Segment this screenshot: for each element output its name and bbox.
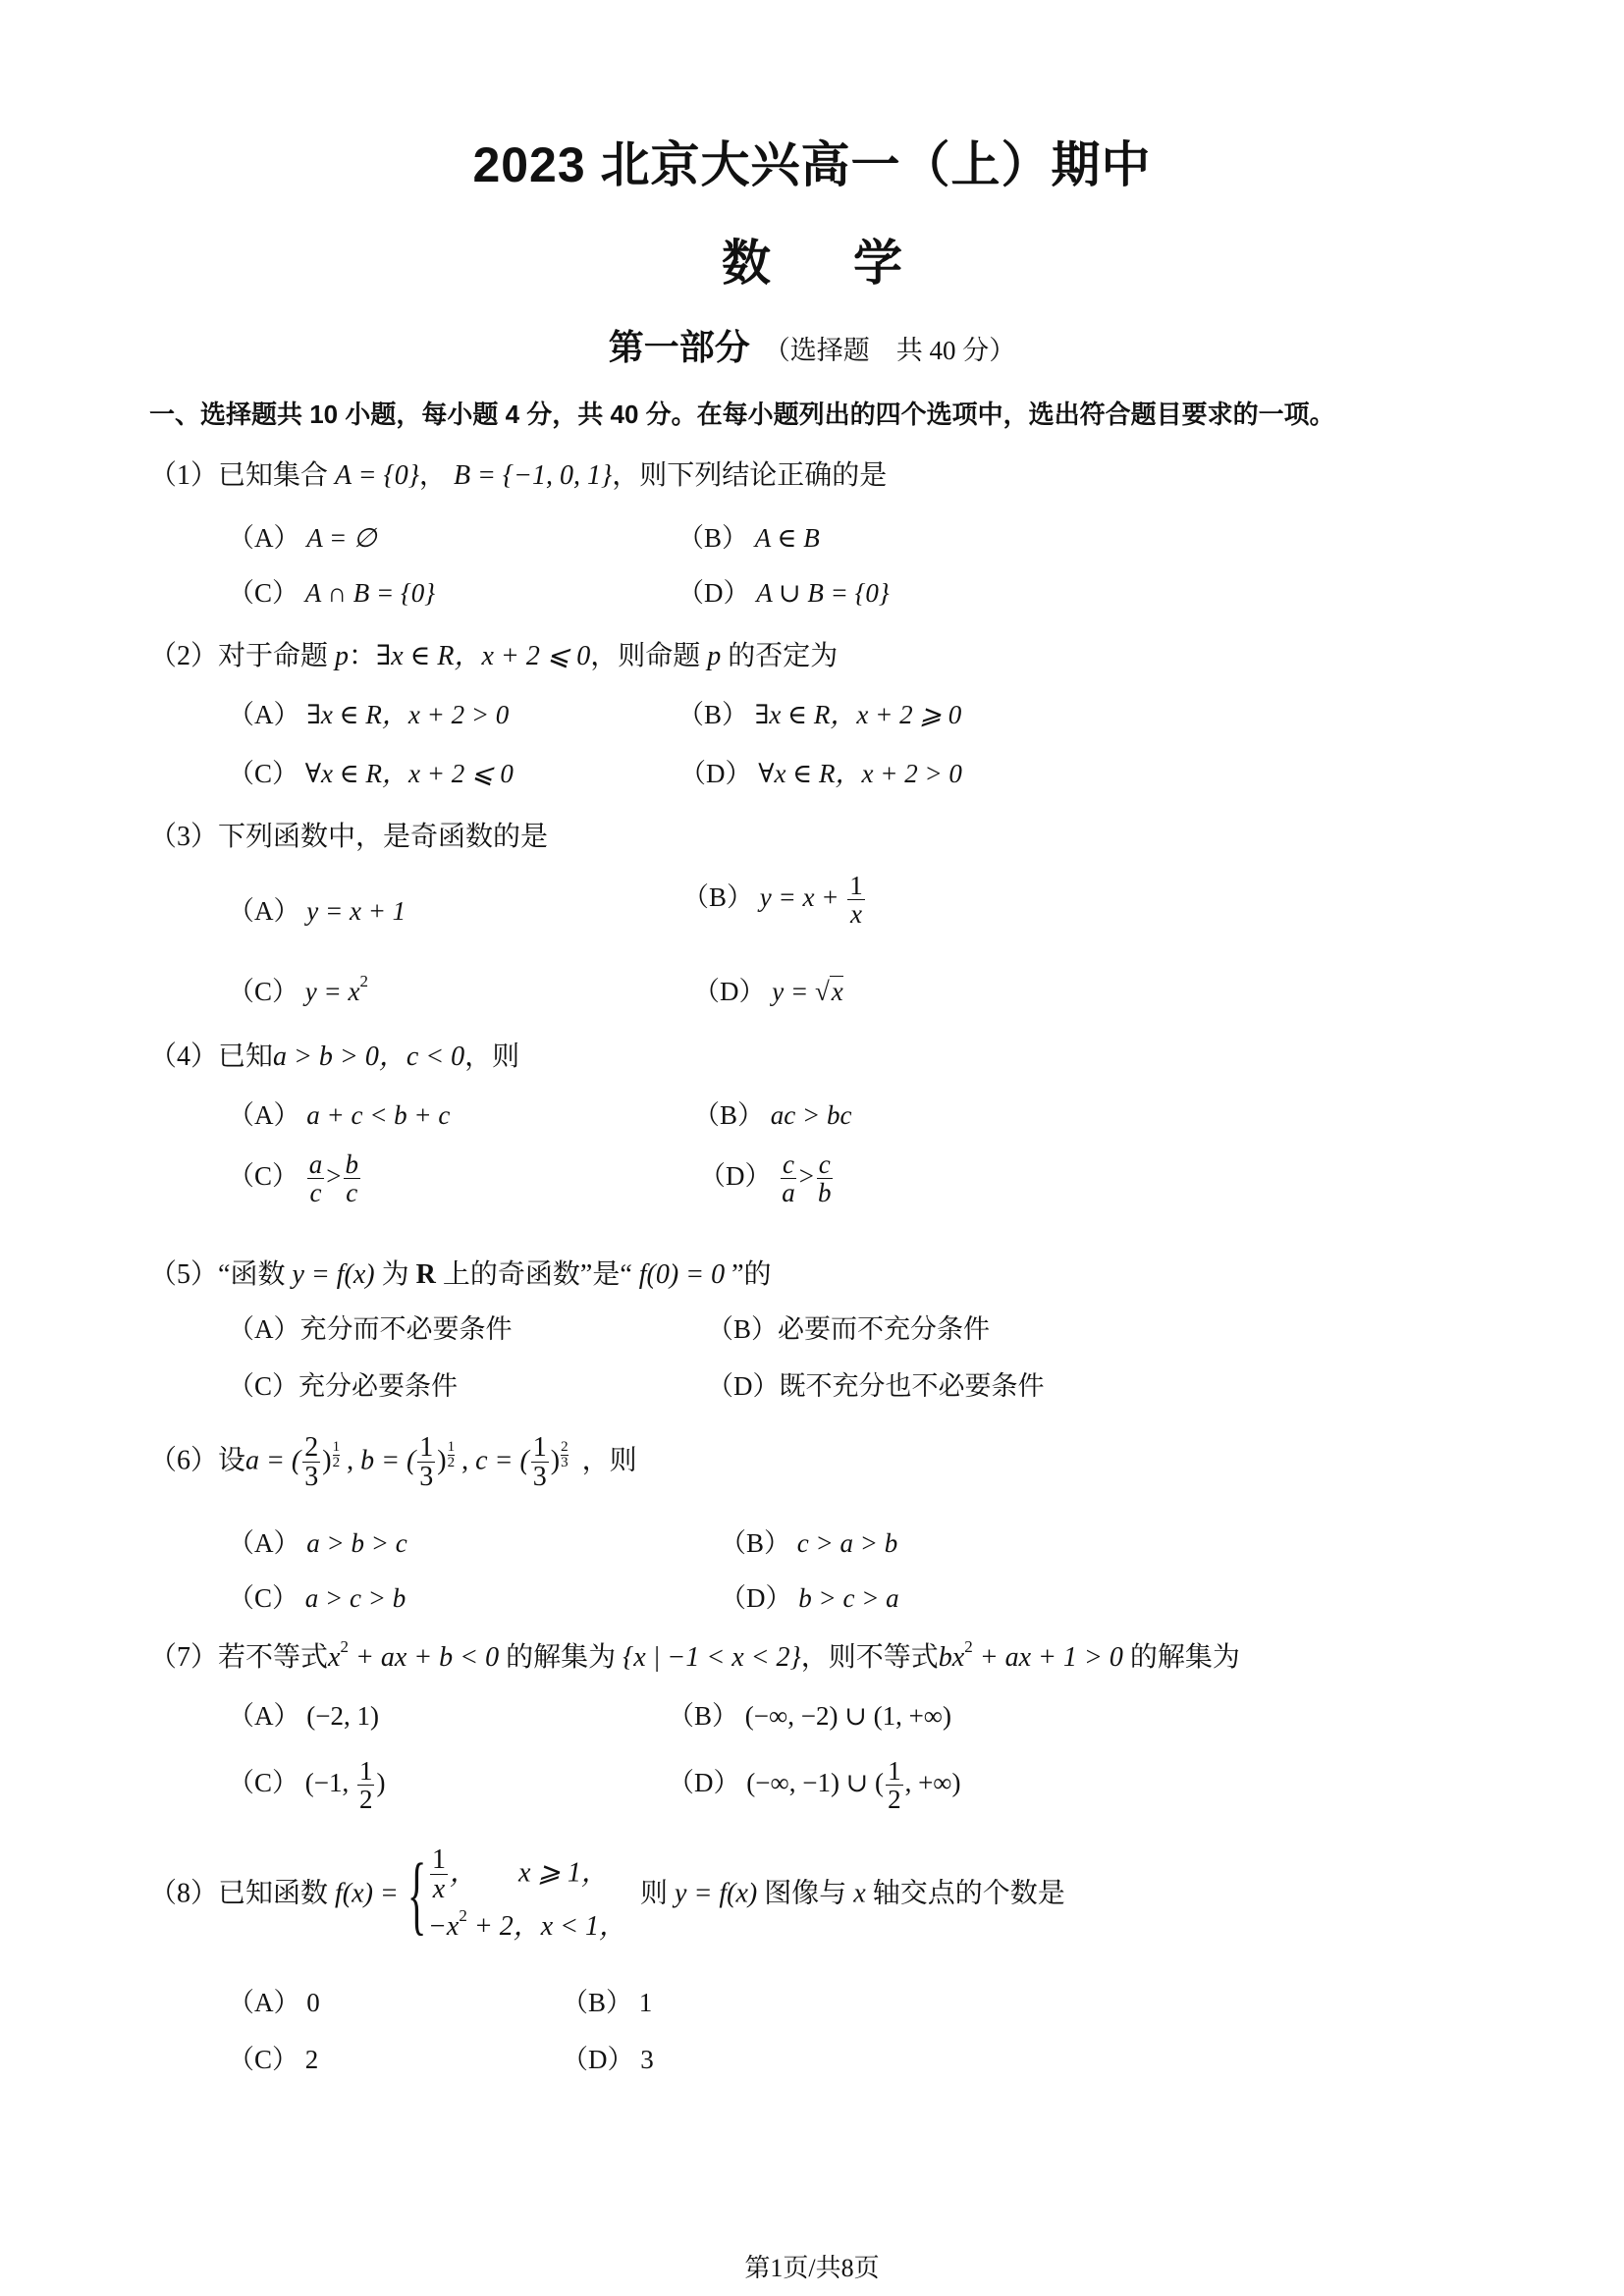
stem-text: 的否定为 [721,641,838,671]
exponent: 2 [340,1637,349,1656]
option-label: （B） [562,1988,632,2017]
part-heading: 第一部分（选择题 共 40 分） [0,320,1624,370]
option-label: （D） [720,1583,792,1613]
option-text: (−∞, −1) ∪ ( [746,1768,884,1797]
option-text: (−2, 1) [306,1701,379,1731]
question-2-option-c[interactable]: （C） ∀x ∈ R，x + 2 ⩽ 0 [228,752,514,790]
question-4-stem: （4）已知a > b > 0，c < 0，则 [149,1035,519,1074]
math-expr: B = {−1, 0, 1} [454,460,612,491]
question-8-stem: （8）已知函数 f(x) = {1x， x ⩾ 1，−x2 + 2，x < 1，… [149,1845,1065,1946]
option-label: （B） [707,1314,778,1344]
fraction-denominator: b [816,1179,834,1206]
exponent-denominator: 3 [561,1456,568,1470]
option-text: y = [772,977,815,1006]
fraction-numerator: 2 [302,1433,320,1463]
question-4-option-a[interactable]: （A） a + c < b + c [228,1094,450,1132]
option-label: （C） [228,1161,298,1191]
option-text: y = x + 1 [306,896,406,926]
fraction-numerator: c [817,1150,833,1179]
math-expr: −x [428,1911,459,1942]
stem-text: 的解集为 [499,1642,623,1673]
question-number: （8） [149,1878,218,1908]
option-text: A ∩ B = {0} [305,578,435,608]
fraction-denominator: 3 [417,1463,435,1491]
option-text: a + c < b + c [306,1100,450,1130]
fraction-numerator: 1 [847,872,865,900]
math-expr: ∃x ∈ R，x + 2 ⩽ 0 [376,641,590,671]
question-2-option-a[interactable]: （A） ∃x ∈ R，x + 2 > 0 [228,693,509,731]
option-text: ∃x ∈ R，x + 2 > 0 [306,700,509,729]
option-label: （D） [562,2045,634,2074]
option-text: 2 [305,2045,319,2074]
question-number: （6） [149,1445,218,1475]
math-var: p [707,641,721,671]
section-instructions: 一、选择题共 10 小题，每小题 4 分，共 40 分。在每小题列出的四个选项中… [149,395,1335,431]
fraction-denominator: x [848,900,864,928]
option-label: （D） [679,759,752,788]
real-numbers-symbol: R [416,1259,436,1290]
stem-text: ”的 [725,1259,771,1290]
question-6-option-d[interactable]: （D） b > c > a [720,1576,899,1615]
math-var: b = ( [360,1445,415,1475]
piece-condition: ， x ⩾ 1， [450,1857,609,1888]
option-label: （A） [228,896,300,926]
question-6-stem: （6）设a = (23)12 , b = (13)12 , c = (13)23… [149,1433,637,1492]
question-2-stem: （2）对于命题 p：∃x ∈ R，x + 2 ⩽ 0，则命题 p 的否定为 [149,634,838,673]
fraction-denominator: c [344,1179,359,1206]
option-label: （C） [228,1583,298,1613]
option-label: （B） [682,882,753,912]
option-label: （C） [228,1768,298,1797]
exponent-denominator: 2 [333,1456,341,1470]
question-4-option-c[interactable]: （C） ac>bc [228,1150,362,1207]
question-7-option-a[interactable]: （A） (−2, 1) [228,1694,379,1733]
exponent: 2 [964,1637,973,1656]
exponent-numerator: 2 [561,1440,568,1456]
question-5-option-a[interactable]: （A）充分而不必要条件 [228,1308,513,1346]
piece-2: −x2 + 2，x < 1， [428,1904,626,1946]
question-6-option-a[interactable]: （A） a > b > c [228,1522,407,1560]
math-expr: {x | −1 < x < 2} [623,1642,801,1673]
question-5-stem: （5）“函数 y = f(x) 为 R 上的奇函数”是“ f(0) = 0 ”的 [149,1253,772,1292]
option-label: （B） [693,1100,764,1130]
option-label: （B） [677,700,748,729]
option-text: a > b > c [306,1528,406,1558]
math-var: a = ( [245,1445,300,1475]
question-number: （5） [149,1259,218,1290]
option-label: （C） [228,977,298,1006]
fraction-numerator: a [307,1150,325,1179]
math-expr: bx [939,1642,964,1673]
option-text: 充分而不必要条件 [300,1314,513,1344]
question-1-option-a[interactable]: （A） A = ∅ [228,516,377,555]
radicand: x [830,976,843,1006]
option-label: （B） [668,1701,738,1731]
sqrt-icon: √ [815,977,830,1006]
exponent: 2 [359,972,368,990]
option-text: b > c > a [798,1583,898,1613]
part-note: （选择题 共 40 分） [764,336,1016,365]
option-text: a > c > b [305,1583,406,1613]
question-7-option-b[interactable]: （B） (−∞, −2) ∪ (1, +∞) [668,1694,951,1733]
option-label: （C） [228,2045,298,2074]
math-var: c = ( [475,1445,529,1475]
option-label: （D） [677,578,750,608]
stem-text: 图像与 [757,1878,853,1908]
fraction-numerator: 1 [357,1757,375,1786]
math-expr: A = {0} [335,460,419,491]
part-title: 第一部分 [609,328,750,367]
question-6-option-c[interactable]: （C） a > c > b [228,1576,406,1615]
stem-text: ，则 [582,1445,637,1475]
option-label: （D） [699,1161,772,1191]
option-text: A ∈ B [755,523,820,553]
math-expr: y = f(x) [292,1259,374,1290]
question-8-option-a[interactable]: （A） 0 [228,1981,320,2019]
math-expr: + ax + b < 0 [349,1642,499,1673]
fraction-numerator: 1 [430,1845,448,1875]
option-text: ∀x ∈ R，x + 2 ⩽ 0 [305,759,514,788]
page-indicator: 第1页/共8页 [0,2248,1624,2284]
stem-text: 设 [218,1445,245,1475]
piecewise-cases: 1x， x ⩾ 1，−x2 + 2，x < 1， [428,1845,626,1946]
question-number: （4） [149,1041,218,1072]
question-8-option-d[interactable]: （D） 3 [562,2038,654,2076]
math-expr: f(x) = [335,1878,406,1908]
option-text: ) [376,1768,385,1797]
option-text: (−∞, −2) ∪ (1, +∞) [745,1701,951,1731]
question-3-option-b[interactable]: （B） y = x + 1x [682,872,867,929]
question-1-option-c[interactable]: （C） A ∩ B = {0} [228,571,435,610]
piece-1: 1x， x ⩾ 1， [428,1845,626,1904]
fraction-denominator: 3 [531,1463,549,1491]
piece-condition: + 2，x < 1， [467,1911,626,1942]
question-1-option-b[interactable]: （B） A ∈ B [677,516,820,555]
fraction-numerator: 1 [531,1433,549,1463]
option-label: （A） [228,1988,300,2017]
question-7-option-c[interactable]: （C） (−1, 12) [228,1757,385,1814]
exponent-numerator: 1 [448,1440,456,1456]
question-4-option-b[interactable]: （B） ac > bc [693,1094,851,1132]
stem-text: 的解集为 [1123,1642,1240,1673]
option-text: 充分必要条件 [298,1371,458,1401]
math-var: x [853,1878,865,1908]
option-text: 3 [640,2045,654,2074]
option-label: （C） [228,759,298,788]
question-2-option-b[interactable]: （B） ∃x ∈ R，x + 2 ⩾ 0 [677,693,961,731]
subject-title: 数 学 [0,224,1624,294]
question-5-option-d[interactable]: （D）既不充分也不必要条件 [707,1364,1045,1403]
operator: > [326,1161,341,1191]
question-1-stem: （1）已知集合 A = {0}， B = {−1, 0, 1}，则下列结论正确的… [149,454,887,493]
option-label: （A） [228,1701,300,1731]
stem-text: ，则不等式 [801,1642,939,1673]
operator: > [799,1161,814,1191]
question-3-option-d[interactable]: （D） y = √x [693,970,843,1008]
math-expr: x [328,1642,340,1673]
question-number: （3） [149,822,218,852]
left-brace-icon: { [407,1851,426,1940]
fraction-denominator: 2 [357,1786,375,1813]
exponent-numerator: 1 [333,1440,341,1456]
question-3-option-a[interactable]: （A） y = x + 1 [228,889,406,928]
option-label: （A） [228,700,300,729]
fraction-denominator: x [431,1875,447,1903]
question-7-stem: （7）若不等式x2 + ax + b < 0 的解集为 {x | −1 < x … [149,1635,1240,1675]
option-text: ∃x ∈ R，x + 2 ⩾ 0 [755,700,961,729]
fraction-numerator: 1 [886,1757,903,1786]
question-number: （2） [149,641,218,671]
option-text: ∀x ∈ R，x + 2 > 0 [758,759,962,788]
stem-text: ： [349,641,376,671]
option-label: （A） [228,523,300,553]
question-8-option-b[interactable]: （B） 1 [562,1981,652,2019]
question-8-option-c[interactable]: （C） 2 [228,2038,318,2076]
exponent-denominator: 2 [448,1456,456,1470]
option-text: A ∪ B = {0} [756,578,889,608]
option-label: （C） [228,1371,298,1401]
question-5-option-b[interactable]: （B）必要而不充分条件 [707,1308,990,1346]
math-expr: y = f(x) [675,1878,757,1908]
stem-text: 上的奇函数”是“ [436,1259,639,1290]
option-text: ac > bc [771,1100,852,1130]
math-expr: a > b > 0，c < 0 [273,1041,464,1072]
question-6-option-b[interactable]: （B） c > a > b [720,1522,897,1560]
question-3-stem: （3）下列函数中，是奇函数的是 [149,815,548,854]
option-label: （D） [693,977,766,1006]
option-label: （B） [677,523,748,553]
option-label: （A） [228,1100,300,1130]
option-text: 既不充分也不必要条件 [780,1371,1045,1401]
question-7-option-d[interactable]: （D） (−∞, −1) ∪ (12, +∞) [668,1757,961,1814]
stem-text: ，则 [464,1041,519,1072]
math-expr: + ax + 1 > 0 [973,1642,1123,1673]
question-1-option-d[interactable]: （D） A ∪ B = {0} [677,571,890,610]
option-text: y = x + [760,882,845,912]
question-3-option-c[interactable]: （C） y = x2 [228,970,368,1008]
option-label: （D） [707,1371,780,1401]
question-2-option-d[interactable]: （D） ∀x ∈ R，x + 2 > 0 [679,752,962,790]
stem-text: ，则下列结论正确的是 [612,460,887,491]
option-text: 0 [306,1988,320,2017]
stem-text: 轴交点的个数是 [866,1878,1065,1908]
option-text: 1 [639,1988,653,2017]
question-4-option-d[interactable]: （D） ca>cb [699,1150,835,1207]
fraction-denominator: a [780,1179,797,1206]
question-number: （7） [149,1642,218,1673]
stem-text: 则 [640,1878,675,1908]
option-text: c > a > b [797,1528,897,1558]
question-number: （1） [149,460,218,491]
option-label: （A） [228,1528,300,1558]
stem-text: 对于命题 [218,641,335,671]
option-label: （C） [228,578,298,608]
option-text: (−1, [305,1768,355,1797]
option-label: （A） [228,1314,300,1344]
fraction-numerator: 1 [417,1433,435,1463]
option-text: 必要而不充分条件 [778,1314,990,1344]
stem-text: 已知 [218,1041,273,1072]
stem-text: ，则命题 [590,641,707,671]
stem-text: ， [419,460,454,491]
math-expr: f(0) = 0 [639,1259,725,1290]
fraction-numerator: c [781,1150,796,1179]
exam-title: 2023 北京大兴高一（上）期中 [0,126,1624,196]
stem-text: 已知函数 [218,1878,335,1908]
stem-text: 下列函数中，是奇函数的是 [218,822,548,852]
stem-text: 若不等式 [218,1642,328,1673]
question-5-option-c[interactable]: （C）充分必要条件 [228,1364,458,1403]
stem-text: 已知集合 [218,460,335,491]
fraction-numerator: b [344,1150,361,1179]
option-text: y = x [305,977,360,1006]
exponent: 2 [459,1906,467,1925]
option-label: （D） [668,1768,740,1797]
stem-text: 为 [375,1259,416,1290]
option-label: （B） [720,1528,790,1558]
fraction-denominator: 2 [886,1786,903,1813]
math-var: p [335,641,349,671]
fraction-denominator: 3 [302,1463,320,1491]
option-text: , +∞) [905,1768,961,1797]
option-text: A = ∅ [306,523,376,553]
stem-text: “函数 [218,1259,292,1290]
fraction-denominator: c [308,1179,324,1206]
